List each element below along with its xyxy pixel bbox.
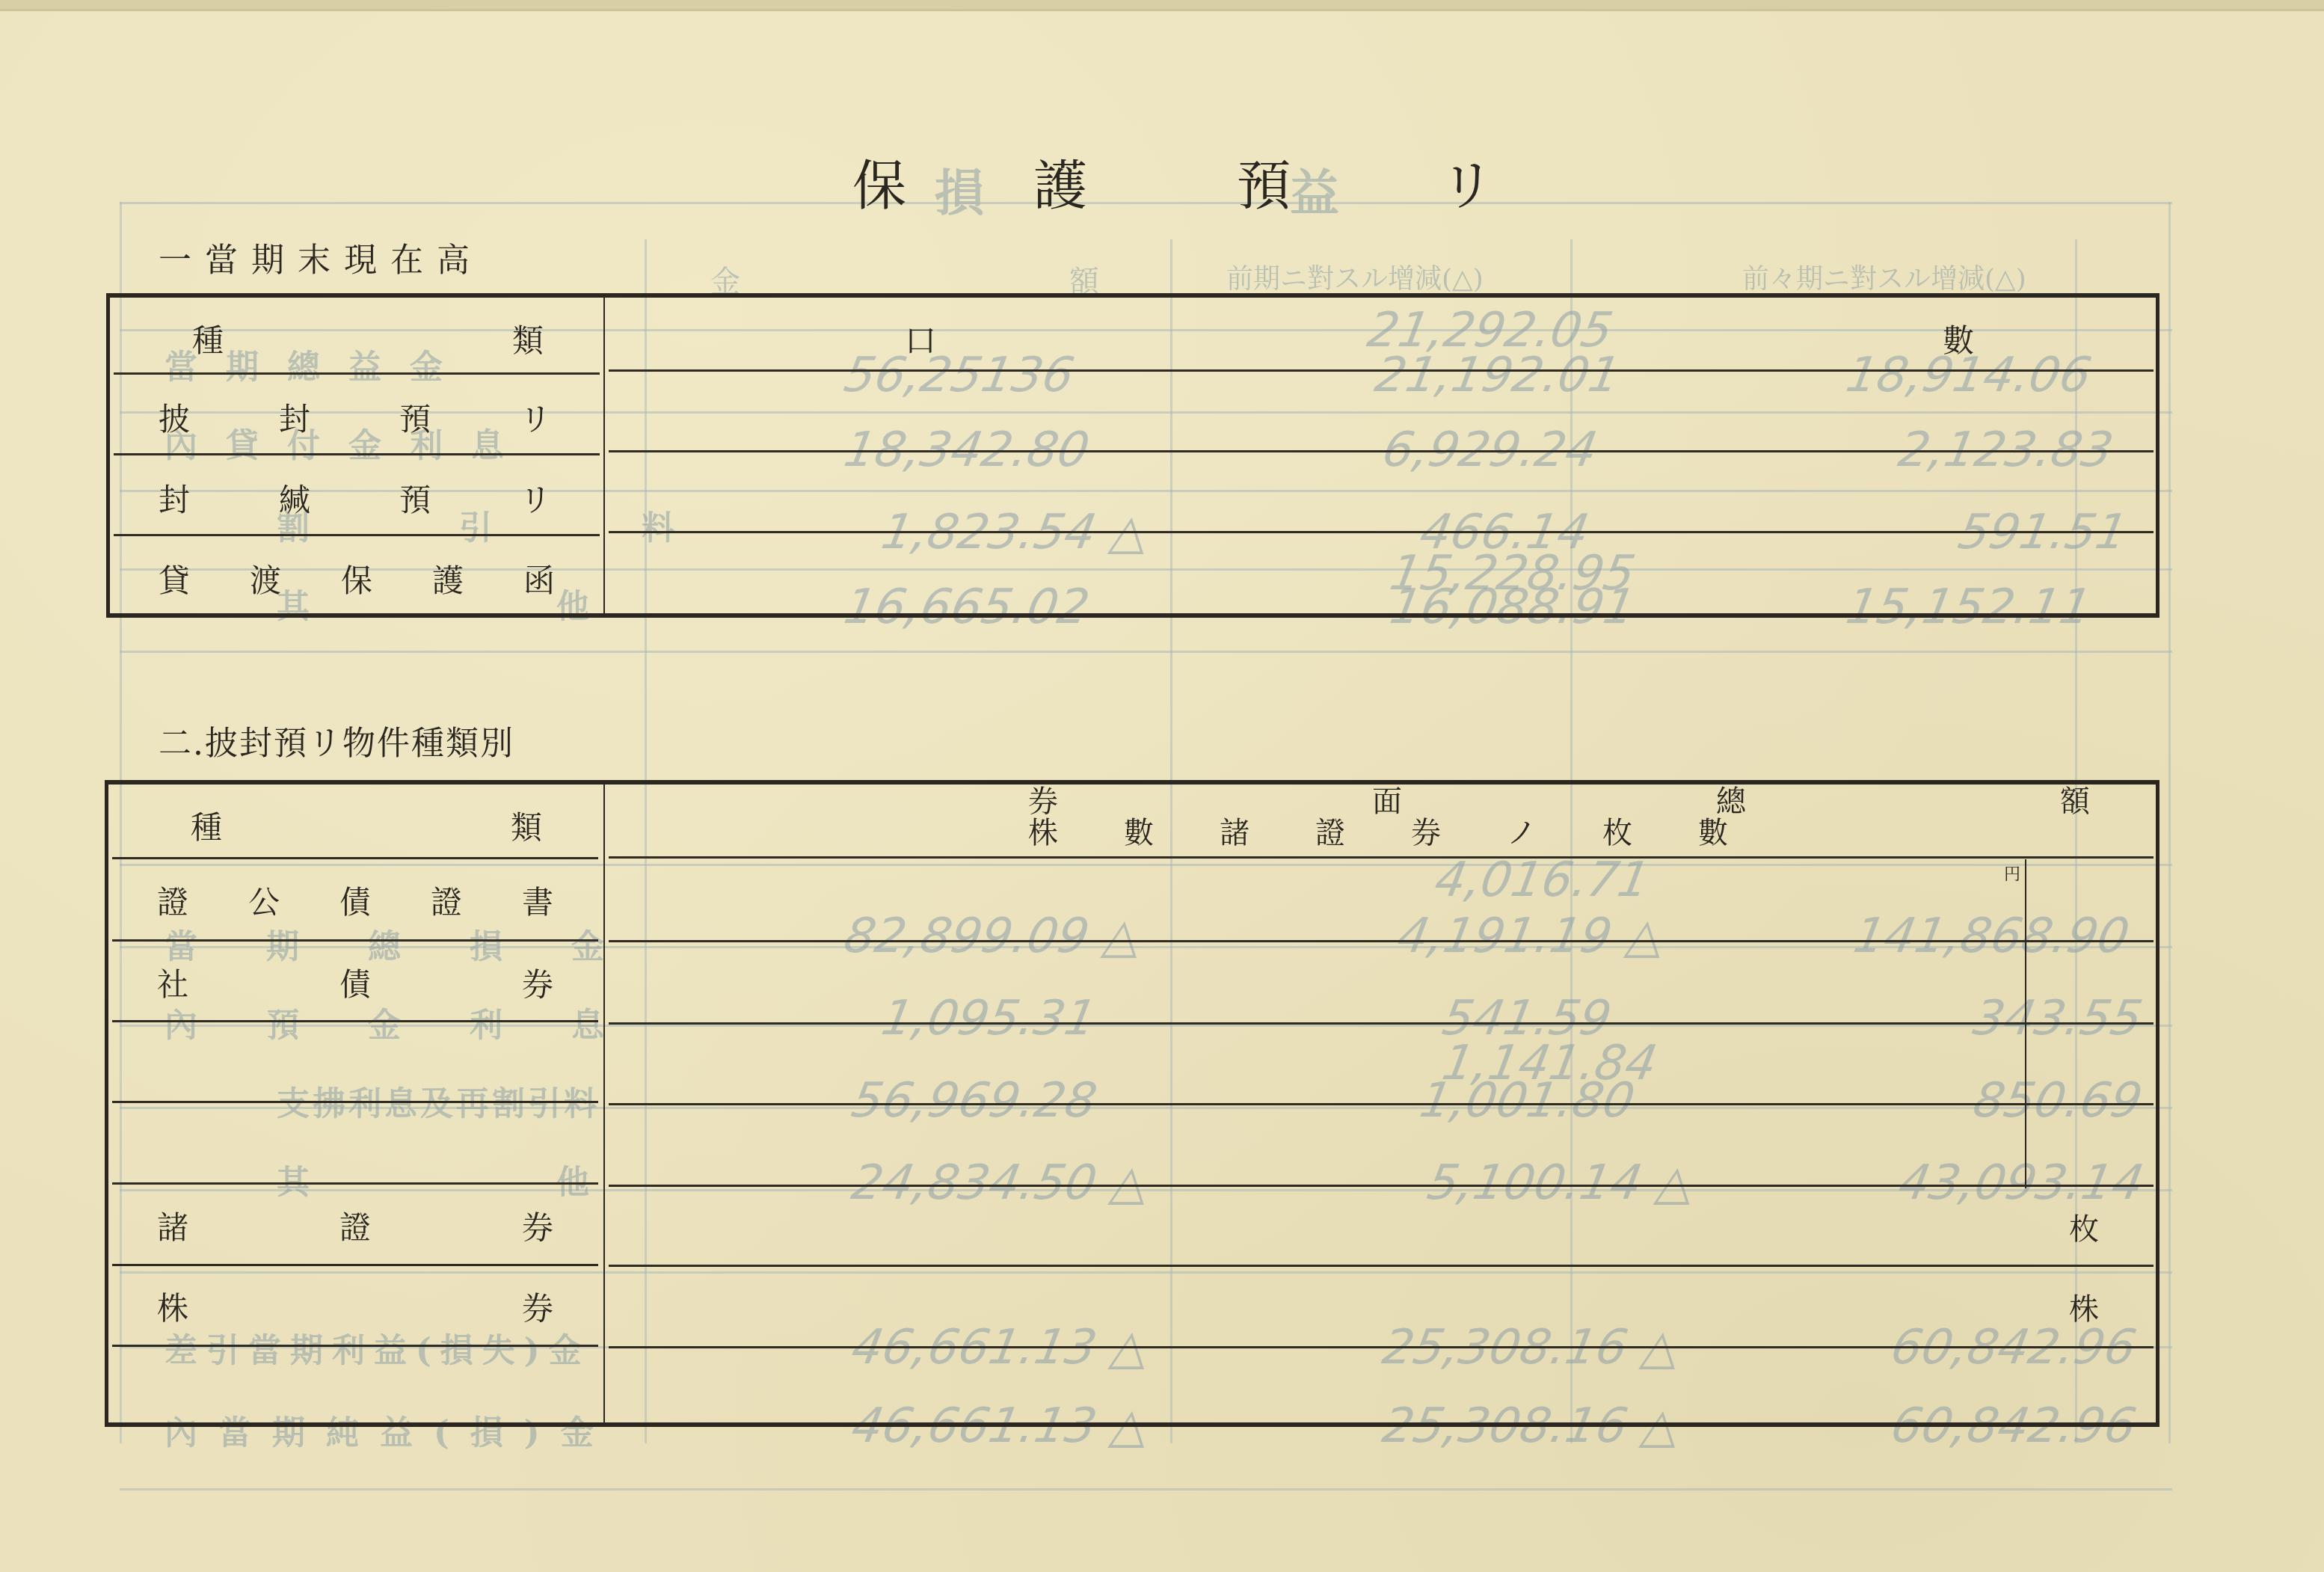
- table-row: 披 封 預 リ: [159, 395, 551, 440]
- row-char: 預: [399, 476, 431, 521]
- row-char: 緘: [279, 476, 310, 521]
- row-char: 證: [157, 878, 188, 923]
- row-value-cell[interactable]: [609, 1024, 2154, 1102]
- title-char: 預: [1237, 142, 1291, 220]
- section1-heading: 一當期末現在高: [159, 233, 483, 281]
- table-row: 封 緘 預 リ: [159, 476, 551, 521]
- section2-heading: 二.披封預リ物件種類別: [159, 716, 514, 764]
- table-row: 株 券: [157, 1284, 553, 1329]
- row-char: 封: [159, 476, 190, 521]
- row-value-cell[interactable]: [609, 942, 2154, 1020]
- row-char: 公: [248, 878, 280, 923]
- row-char: 封: [279, 395, 310, 440]
- column-divider: [603, 298, 605, 613]
- row-char: 券: [522, 960, 553, 1005]
- current-balance-table: 種 類 口 數 披 封 預 リ 封 緘 預 リ 貸 渡 保 護 函: [106, 293, 2159, 618]
- count-header-right: 數: [1943, 316, 1974, 361]
- row-char: 諸: [157, 1203, 188, 1248]
- row-char: 渡: [250, 556, 281, 601]
- title-char: リ: [1440, 142, 1494, 220]
- row-value-cell[interactable]: [609, 534, 2154, 609]
- row-char: 證: [431, 878, 462, 923]
- table-row: 證 公 債 證 書: [157, 878, 553, 923]
- type-header-left: 種: [191, 803, 222, 848]
- row-value-cell[interactable]: [609, 1106, 2154, 1185]
- type-header: 種 類: [192, 316, 544, 361]
- row-char: 披: [159, 395, 190, 440]
- count-header-left: 口: [905, 316, 936, 361]
- row-char: 書: [522, 878, 553, 923]
- page-title: 保 護 預 リ: [852, 142, 1494, 220]
- paper-top-edge: [0, 0, 2324, 11]
- row-value-cell[interactable]: [609, 859, 2154, 938]
- sheet-count-unit: 枚: [2069, 1206, 2099, 1248]
- row-char: 預: [399, 395, 431, 440]
- row-char: 債: [339, 960, 371, 1005]
- ghost-header: 前期ニ對スル增減(△): [1226, 258, 1484, 296]
- ghost-header: 前々期ニ對スル增減(△): [1742, 258, 2026, 296]
- row-char: 證: [339, 1203, 371, 1248]
- row-char: 券: [522, 1284, 553, 1329]
- row-char: 護: [432, 556, 464, 601]
- type-header-right: 類: [512, 316, 544, 361]
- table-row: 貸 渡 保 護 函: [159, 556, 555, 601]
- row-char: 社: [157, 960, 188, 1005]
- row-char: リ: [520, 395, 551, 440]
- row-char: 券: [522, 1203, 553, 1248]
- row-char: 函: [523, 556, 555, 601]
- title-char: 護: [1033, 142, 1087, 220]
- row-char: 株: [157, 1284, 188, 1329]
- row-value-cell[interactable]: [609, 1188, 2154, 1267]
- table-row: 諸 證 券: [157, 1203, 553, 1248]
- table-row: 社 債 券: [157, 960, 553, 1005]
- count-header: 口 數: [905, 316, 1974, 361]
- type-header-left: 種: [192, 316, 224, 361]
- title-char: 保: [852, 142, 906, 220]
- row-char: 保: [341, 556, 372, 601]
- share-count-header: 株數諸證券ノ枚數: [1028, 816, 1776, 850]
- row-char: 貸: [159, 556, 190, 601]
- share-count-unit: 株: [2069, 1286, 2099, 1328]
- row-value-cell[interactable]: [609, 372, 2154, 451]
- row-value-cell[interactable]: [609, 1349, 2154, 1416]
- row-value-cell[interactable]: [609, 453, 2154, 532]
- row-char: リ: [520, 476, 551, 521]
- face-value-header: 券 面 總 額: [1028, 785, 1776, 819]
- type-header-right: 類: [511, 803, 542, 848]
- column-divider: [603, 785, 605, 1422]
- deposit-items-table: 種 類 券 面 總 額 株數諸證券ノ枚數 円 證 公 債 證 書 社 債 券 諸…: [105, 780, 2159, 1427]
- type-header: 種 類: [191, 803, 542, 848]
- row-char: 債: [339, 878, 371, 923]
- row-value-cell[interactable]: [609, 1268, 2154, 1346]
